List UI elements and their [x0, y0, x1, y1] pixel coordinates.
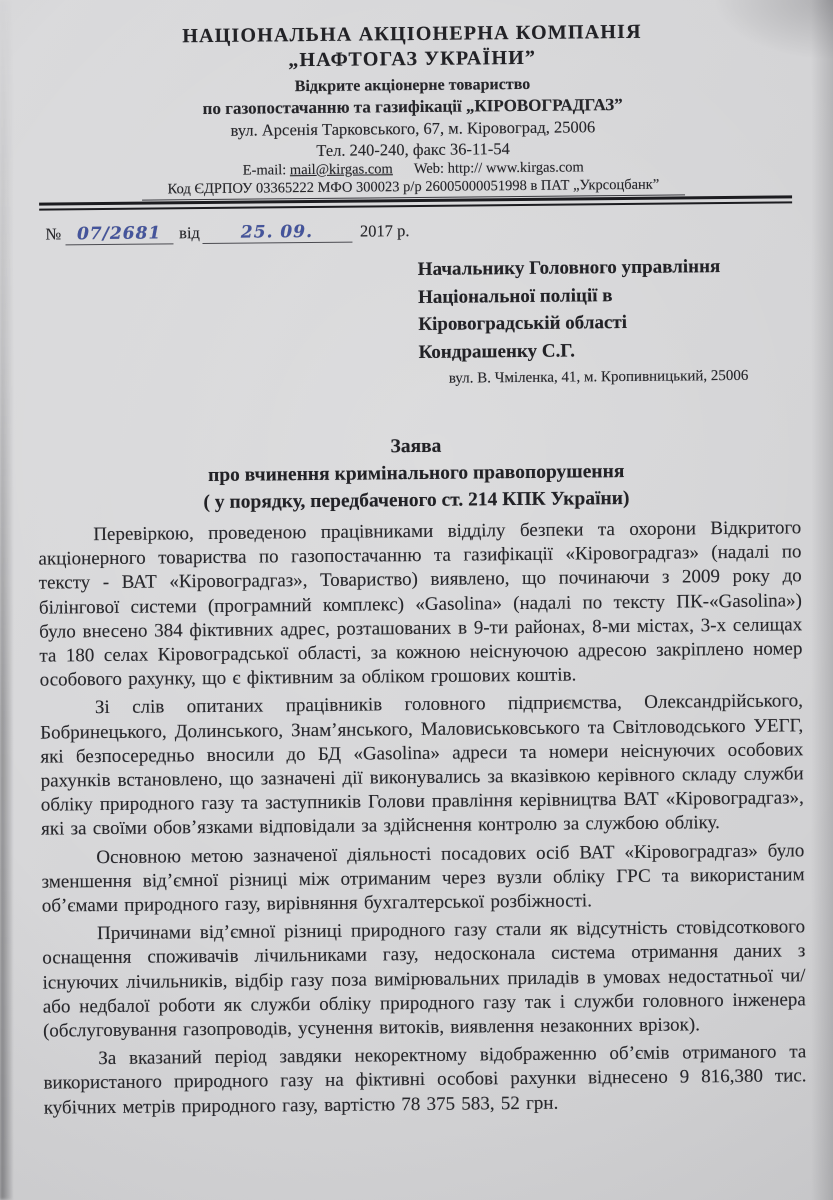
- email-value: mail@kirgas.com: [290, 161, 393, 178]
- recipient-name: Кондрашенку С.Г.: [418, 335, 801, 366]
- body-paragraph-1: Перевіркою, проведеною працівниками відд…: [38, 516, 803, 693]
- document-body: Перевіркою, проведеною працівниками відд…: [38, 516, 807, 1120]
- body-paragraph-5: За вказаний період завдяки некоректному …: [43, 1041, 807, 1121]
- ref-date-underline: 25. 09.: [202, 222, 352, 244]
- ref-year: 2017 р.: [360, 221, 410, 240]
- recipient-line2: Національної поліції в: [418, 280, 801, 311]
- recipient-address: вул. В. Чміленка, 41, м. Кропивницький, …: [449, 365, 802, 388]
- ref-number-underline: 07/2681: [65, 223, 173, 245]
- web-label: Web:: [414, 161, 444, 177]
- document-sheet: НАЦІОНАЛЬНА АКЦІОНЕРНА КОМПАНІЯ „НАФТОГА…: [0, 0, 833, 1125]
- ref-number-value-handwritten: 07/2681: [77, 223, 161, 244]
- body-paragraph-2: Зі слів опитаних працівників головного п…: [40, 690, 804, 843]
- reference-line: №07/2681від25. 09.2017 р.: [45, 217, 830, 246]
- ref-date-value-handwritten: 25. 09.: [241, 222, 313, 243]
- document-title-block: Заява про вчинення кримінального правопо…: [0, 429, 833, 518]
- letterhead: НАЦІОНАЛЬНА АКЦІОНЕРНА КОМПАНІЯ „НАФТОГА…: [0, 0, 830, 211]
- web-value: http:// www.kirgas.com: [448, 159, 584, 176]
- body-paragraph-3: Основною метою зазначеної діяльності пос…: [41, 839, 805, 919]
- ref-number-label: №: [45, 224, 61, 243]
- recipient-line1: Начальнику Головного управління: [418, 252, 801, 283]
- recipient-line3: Кіровоградській області: [418, 307, 801, 338]
- email-label: E-mail:: [243, 162, 287, 178]
- body-paragraph-4: Причинами від’ємної різниці природного г…: [42, 916, 806, 1044]
- ref-date-label: від: [179, 223, 200, 242]
- document-photo: НАЦІОНАЛЬНА АКЦІОНЕРНА КОМПАНІЯ „НАФТОГА…: [0, 0, 833, 1200]
- recipient-block: Начальнику Головного управління Націонал…: [418, 252, 802, 389]
